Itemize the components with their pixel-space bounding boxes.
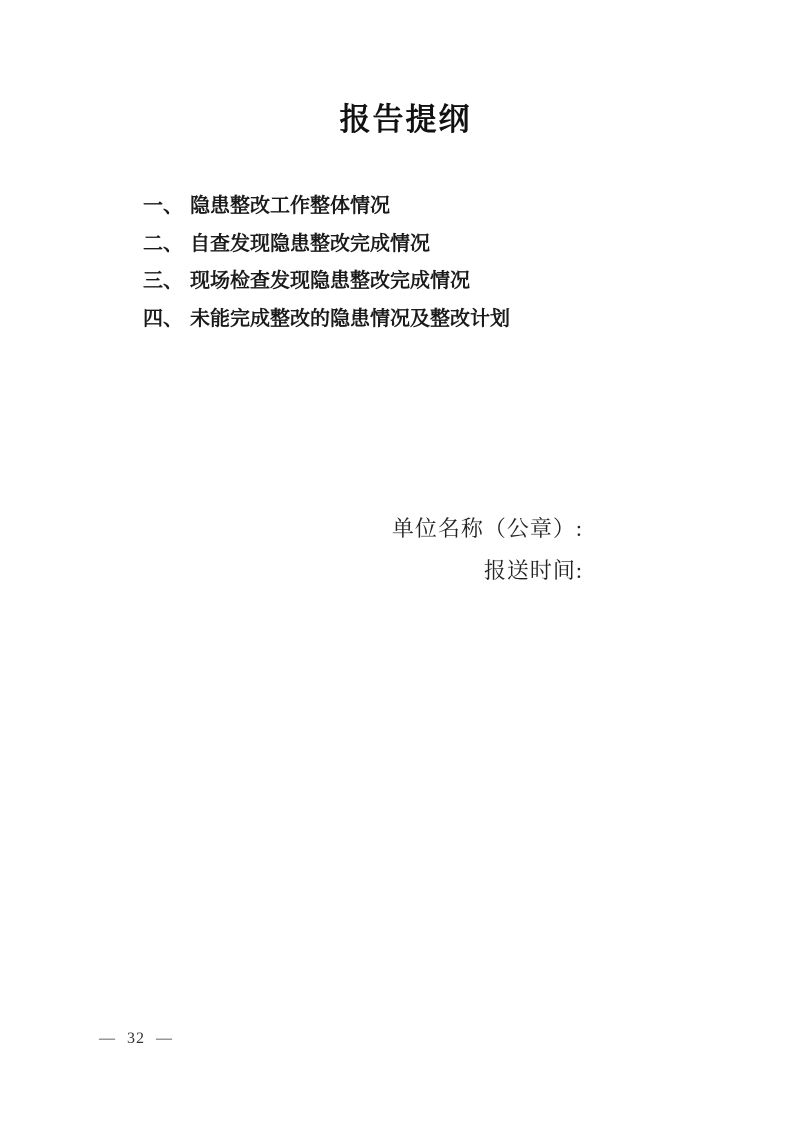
outline-item-text: 未能完成整改的隐患情况及整改计划 xyxy=(190,308,510,330)
outline-item: 四、未能完成整改的隐患情况及整改计划 xyxy=(143,301,510,339)
outline-item: 一、隐患整改工作整体情况 xyxy=(143,188,510,226)
document-page: 报告提纲 一、隐患整改工作整体情况 二、自查发现隐患整改完成情况 三、现场检查发… xyxy=(0,0,793,1122)
outline-item: 二、自查发现隐患整改完成情况 xyxy=(143,226,510,264)
outline-item-text: 隐患整改工作整体情况 xyxy=(190,195,390,217)
outline-list: 一、隐患整改工作整体情况 二、自查发现隐患整改完成情况 三、现场检查发现隐患整改… xyxy=(143,188,510,338)
signature-block: 单位名称（公章）: 报送时间: xyxy=(392,508,583,592)
page-number: — 32 — xyxy=(99,1029,173,1049)
page-title: 报告提纲 xyxy=(0,100,793,140)
outline-item-marker: 三、 xyxy=(143,263,183,301)
report-time-label: 报送时间: xyxy=(392,550,583,592)
outline-item-marker: 二、 xyxy=(143,226,183,264)
outline-item-text: 现场检查发现隐患整改完成情况 xyxy=(190,270,470,292)
outline-item: 三、现场检查发现隐患整改完成情况 xyxy=(143,263,510,301)
outline-item-marker: 四、 xyxy=(143,301,183,339)
outline-item-marker: 一、 xyxy=(143,188,183,226)
outline-item-text: 自查发现隐患整改完成情况 xyxy=(190,233,430,255)
unit-name-label: 单位名称（公章）: xyxy=(392,508,583,550)
